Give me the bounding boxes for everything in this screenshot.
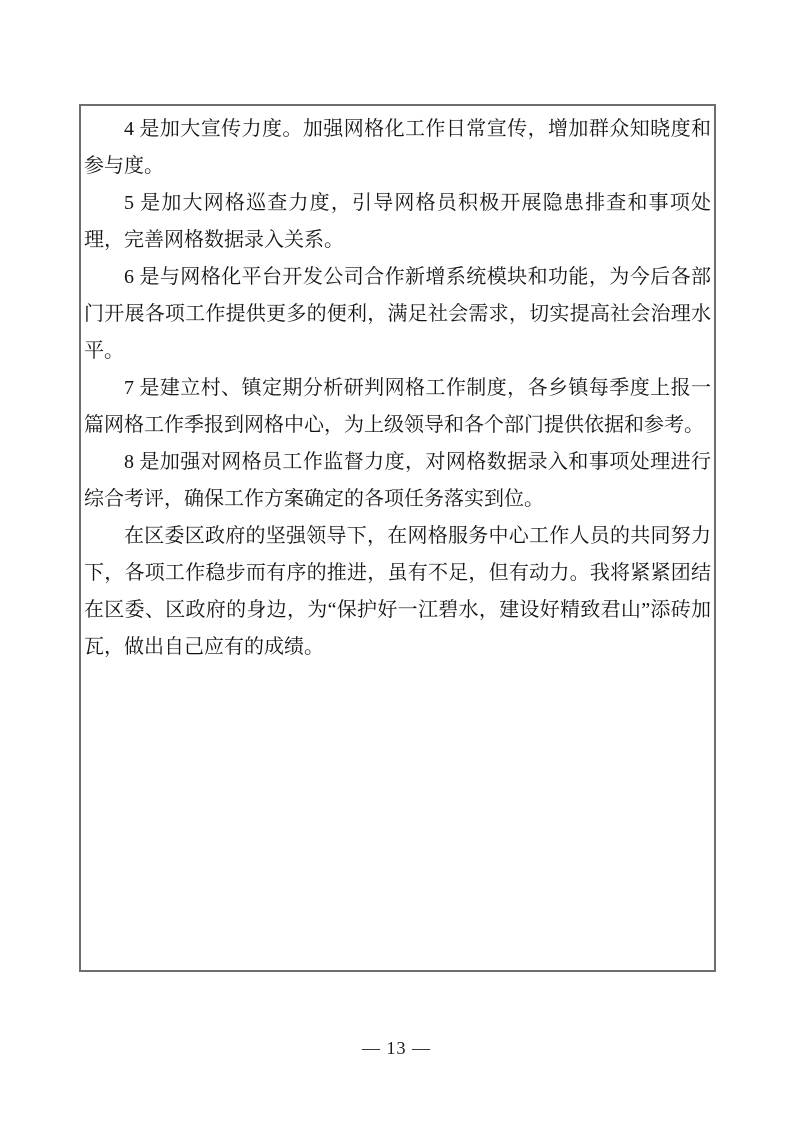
paragraph-item-8: 8 是加强对网格员工作监督力度，对网格数据录入和事项处理进行综合考评，确保工作方… [84, 444, 711, 518]
paragraph-item-7: 7 是建立村、镇定期分析研判网格工作制度，各乡镇每季度上报一篇网格工作季报到网格… [84, 370, 711, 444]
paragraph-item-6: 6 是与网格化平台开发公司合作新增系统模块和功能，为今后各部门开展各项工作提供更… [84, 259, 711, 370]
document-page: 4 是加大宣传力度。加强网格化工作日常宣传，增加群众知晓度和参与度。 5 是加大… [0, 0, 793, 1122]
paragraph-closing: 在区委区政府的坚强领导下，在网格服务中心工作人员的共同努力下，各项工作稳步而有序… [84, 518, 711, 666]
paragraph-item-5: 5 是加大网格巡查力度，引导网格员积极开展隐患排查和事项处理，完善网格数据录入关… [84, 185, 711, 259]
document-body: 4 是加大宣传力度。加强网格化工作日常宣传，增加群众知晓度和参与度。 5 是加大… [81, 106, 714, 666]
paragraph-item-4: 4 是加大宣传力度。加强网格化工作日常宣传，增加群众知晓度和参与度。 [84, 111, 711, 185]
page-number: — 13 — [0, 1036, 793, 1060]
text-border-box: 4 是加大宣传力度。加强网格化工作日常宣传，增加群众知晓度和参与度。 5 是加大… [79, 104, 716, 972]
